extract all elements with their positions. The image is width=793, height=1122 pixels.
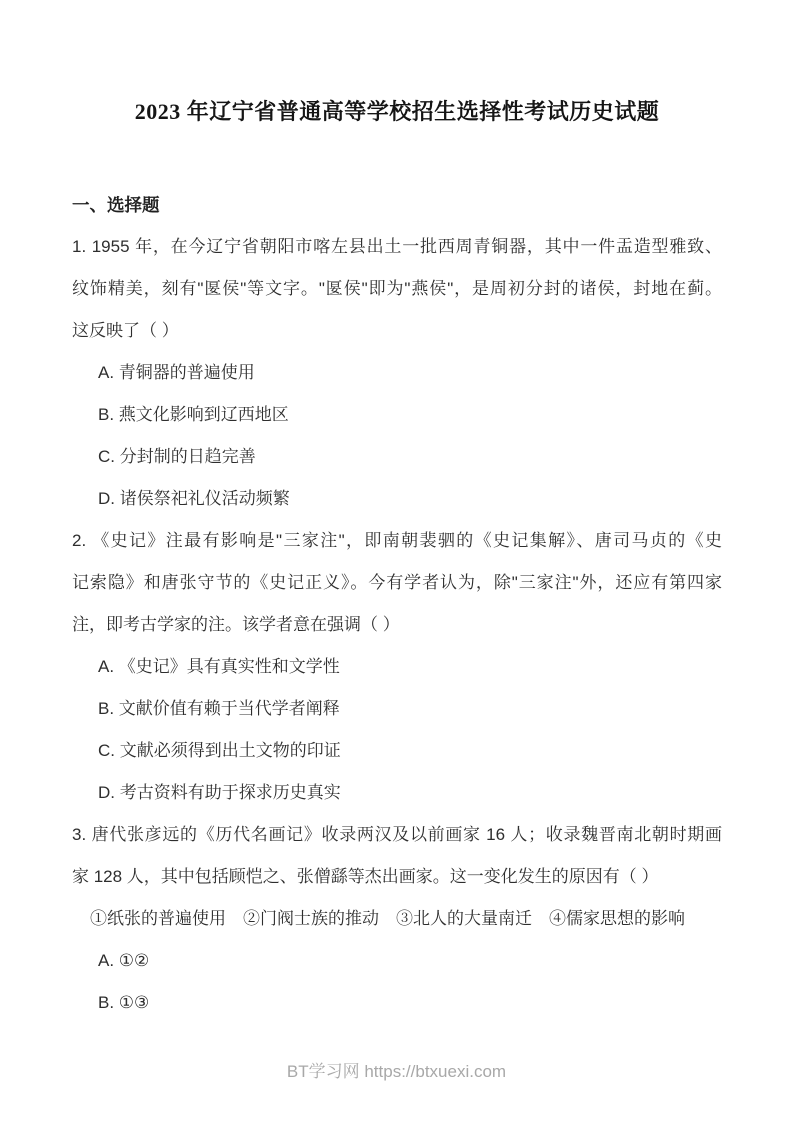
question-2-line-1: 2. 《史记》注最有影响是"三家注"，即南朝裴驷的《史记集解》、唐司马贞的《史 — [72, 520, 722, 562]
question-3: 3. 唐代张彦远的《历代名画记》收录两汉及以前画家 16 人；收录魏晋南北朝时期… — [72, 814, 722, 1024]
question-2-option-c: C. 文献必须得到出土文物的印证 — [72, 730, 722, 772]
question-1-stem: 1. 1955 年，在今辽宁省朝阳市喀左县出土一批西周青铜器，其中一件盂造型雅致… — [72, 226, 722, 352]
question-1-option-d: D. 诸侯祭祀礼仪活动频繁 — [72, 478, 722, 520]
question-2-option-a: A. 《史记》具有真实性和文学性 — [72, 646, 722, 688]
question-3-line-2: 家 128 人，其中包括顾恺之、张僧繇等杰出画家。这一变化发生的原因有（ ） — [72, 856, 722, 898]
question-1-option-b: B. 燕文化影响到辽西地区 — [72, 394, 722, 436]
question-1-line-3: 这反映了（ ） — [72, 310, 722, 352]
question-1-line-1: 1. 1955 年，在今辽宁省朝阳市喀左县出土一批西周青铜器，其中一件盂造型雅致… — [72, 226, 722, 268]
question-2: 2. 《史记》注最有影响是"三家注"，即南朝裴驷的《史记集解》、唐司马贞的《史 … — [72, 520, 722, 814]
question-1-options: A. 青铜器的普遍使用 B. 燕文化影响到辽西地区 C. 分封制的日趋完善 D.… — [72, 352, 722, 520]
question-3-options: A. ①② B. ①③ — [72, 940, 722, 1024]
question-3-line-1: 3. 唐代张彦远的《历代名画记》收录两汉及以前画家 16 人；收录魏晋南北朝时期… — [72, 814, 722, 856]
question-3-option-b: B. ①③ — [72, 982, 722, 1024]
question-1-option-a: A. 青铜器的普遍使用 — [72, 352, 722, 394]
question-2-line-3: 注，即考古学家的注。该学者意在强调（ ） — [72, 604, 722, 646]
question-1: 1. 1955 年，在今辽宁省朝阳市喀左县出土一批西周青铜器，其中一件盂造型雅致… — [72, 226, 722, 520]
footer-watermark: BT学习网 https://btxuexi.com — [0, 1060, 793, 1084]
question-2-stem: 2. 《史记》注最有影响是"三家注"，即南朝裴驷的《史记集解》、唐司马贞的《史 … — [72, 520, 722, 646]
question-2-option-b: B. 文献价值有赖于当代学者阐释 — [72, 688, 722, 730]
question-3-option-a: A. ①② — [72, 940, 722, 982]
page-title: 2023 年辽宁省普通高等学校招生选择性考试历史试题 — [72, 96, 722, 128]
question-1-option-c: C. 分封制的日趋完善 — [72, 436, 722, 478]
question-2-option-d: D. 考古资料有助于探求历史真实 — [72, 772, 722, 814]
section-heading-multiple-choice: 一、选择题 — [72, 184, 722, 226]
question-2-line-2: 记索隐》和唐张守节的《史记正义》。今有学者认为，除"三家注"外，还应有第四家 — [72, 562, 722, 604]
question-3-stem: 3. 唐代张彦远的《历代名画记》收录两汉及以前画家 16 人；收录魏晋南北朝时期… — [72, 814, 722, 898]
question-2-options: A. 《史记》具有真实性和文学性 B. 文献价值有赖于当代学者阐释 C. 文献必… — [72, 646, 722, 814]
question-1-line-2: 纹饰精美，刻有"匽侯"等文字。"匽侯"即为"燕侯"，是周初分封的诸侯，封地在蓟。 — [72, 268, 722, 310]
exam-document-page: 2023 年辽宁省普通高等学校招生选择性考试历史试题 一、选择题 1. 1955… — [0, 0, 793, 1122]
question-3-numbered-items: ①纸张的普遍使用 ②门阀士族的推动 ③北人的大量南迁 ④儒家思想的影响 — [72, 898, 722, 940]
